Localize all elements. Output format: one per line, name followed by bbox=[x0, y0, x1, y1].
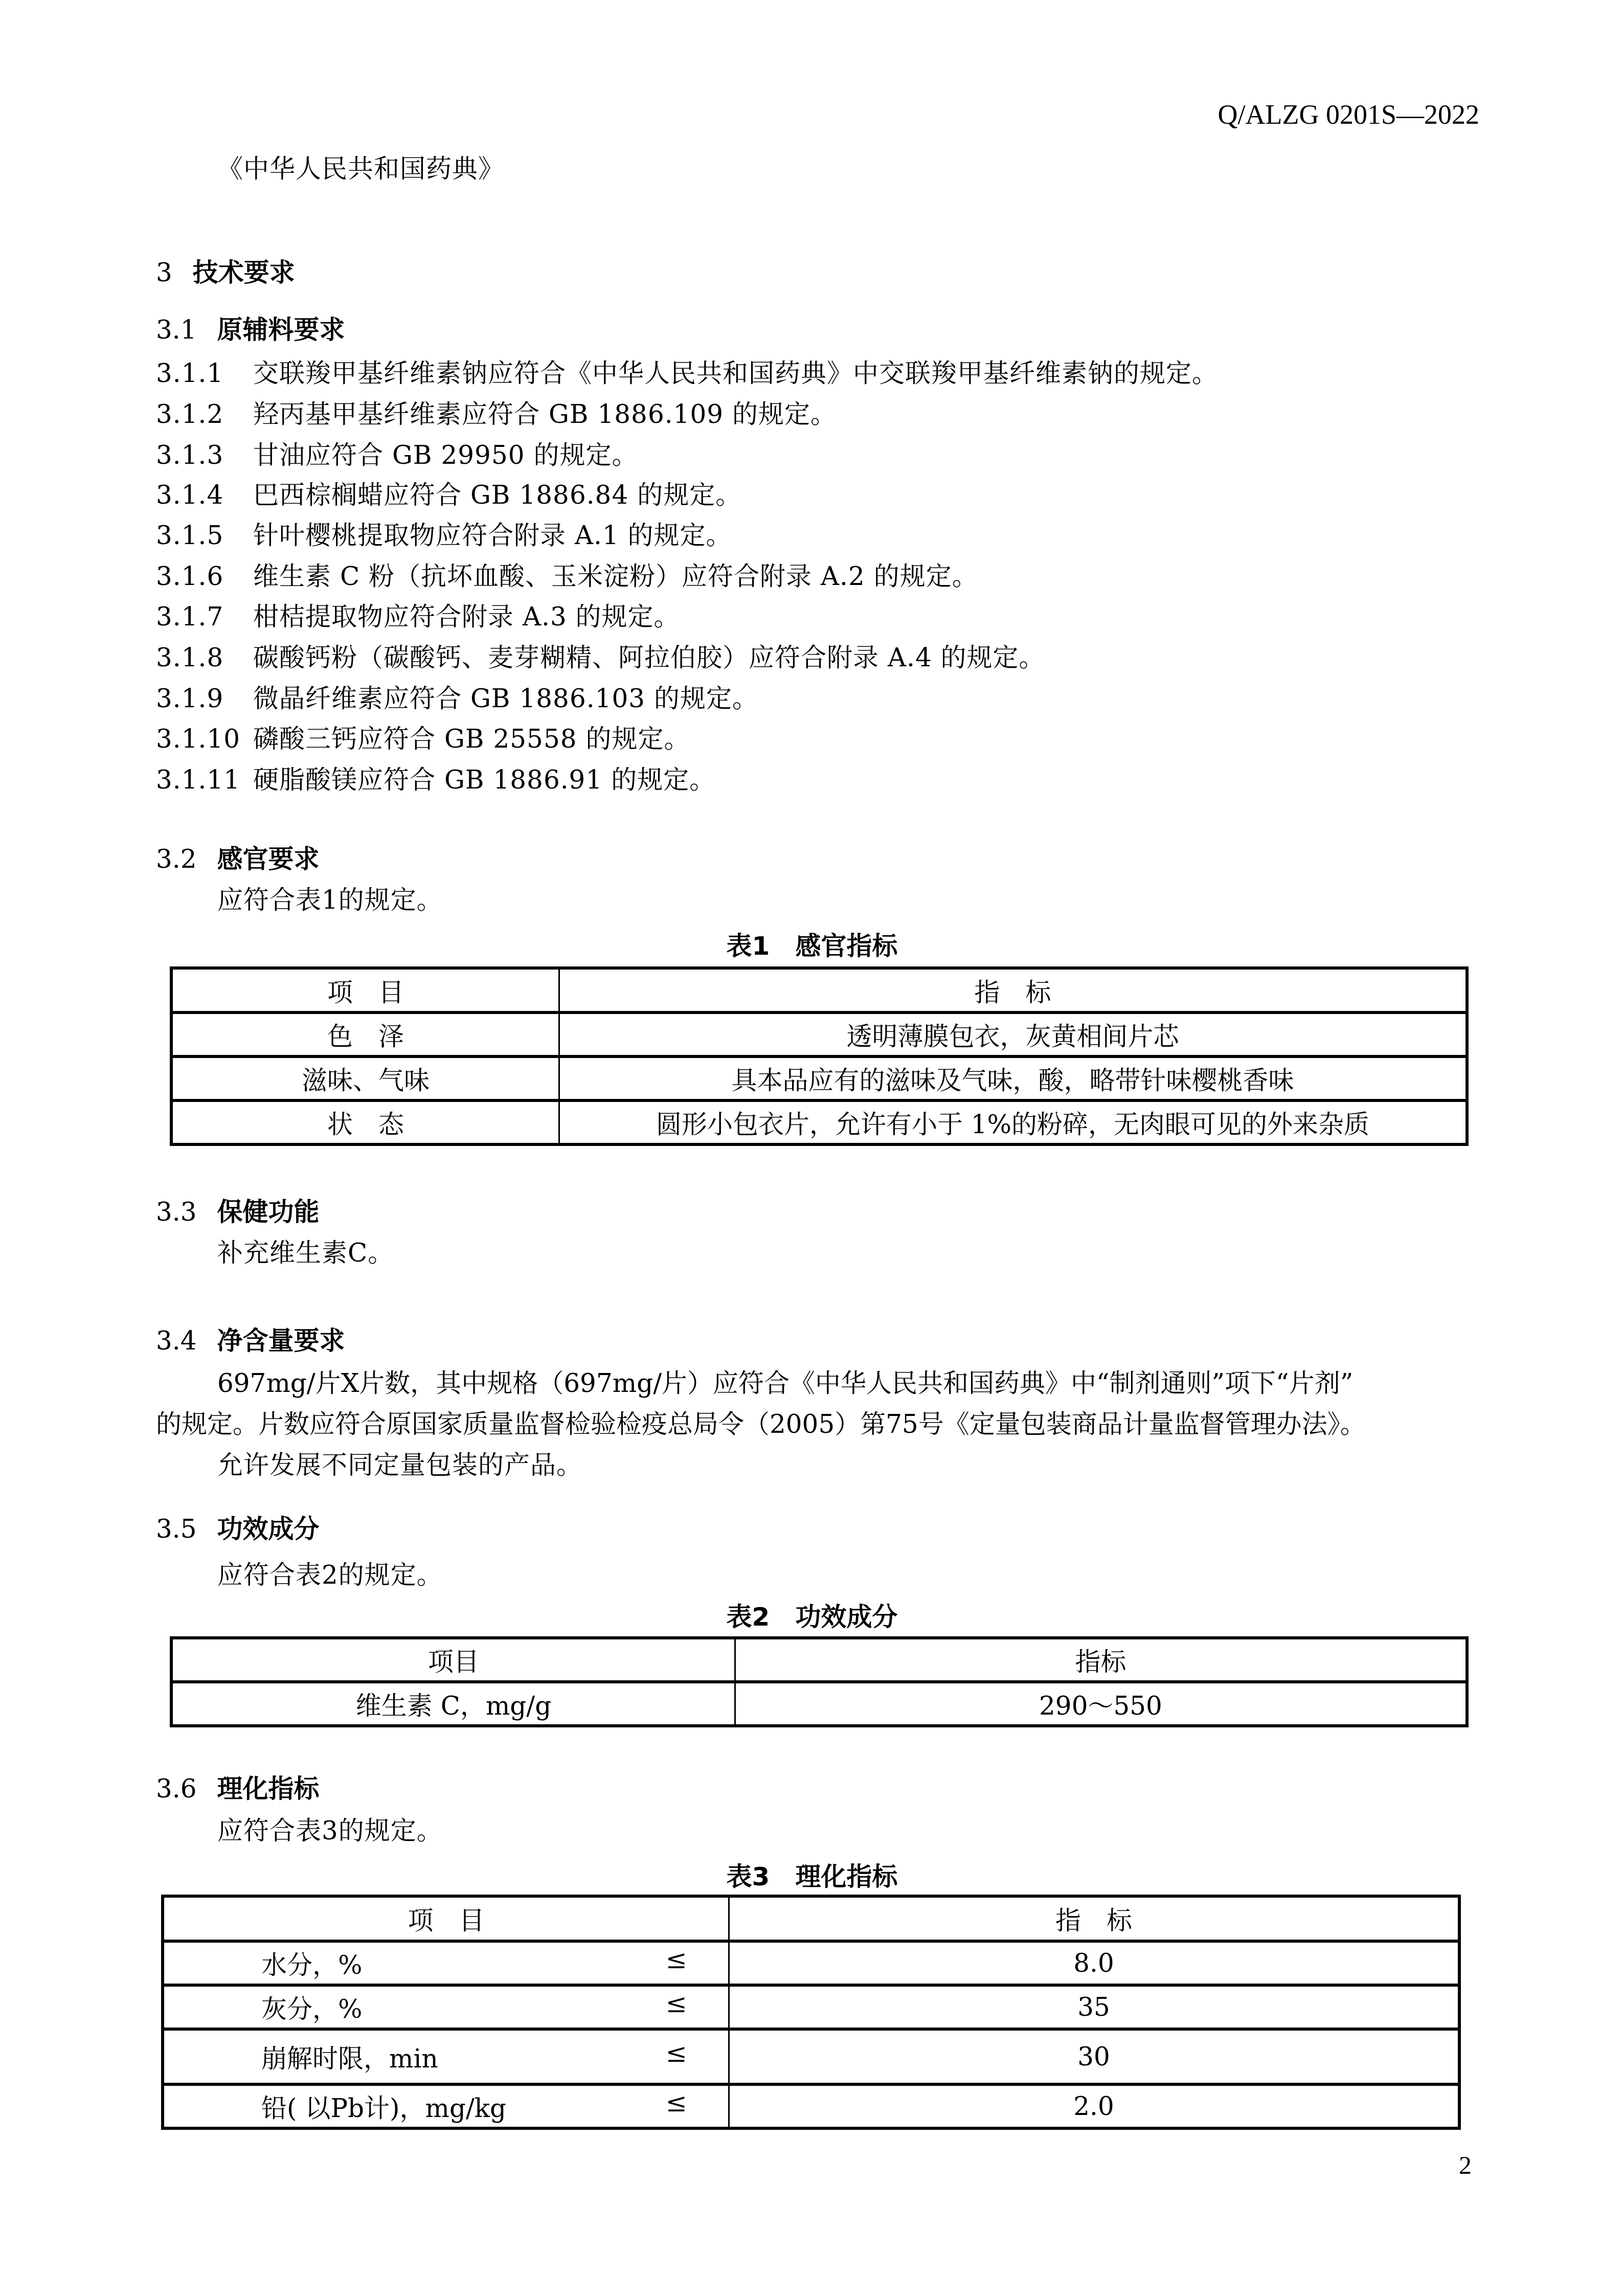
item-text: 甘油应符合 GB 29950 的规定。 bbox=[253, 440, 638, 470]
item-number: 3.1.9 bbox=[156, 684, 253, 713]
item-text: 磷酸三钙应符合 GB 25558 的规定。 bbox=[253, 724, 690, 754]
list-item: 3.1.5针叶樱桃提取物应符合附录 A.1 的规定。 bbox=[156, 515, 732, 552]
less-equal-symbol: ≤ bbox=[666, 1945, 687, 1982]
table-header-cell: 指标 bbox=[735, 1638, 1468, 1682]
table-cell: 水分，%≤ bbox=[163, 1941, 729, 1985]
paragraph-line: 697mg/片X片数，其中规格（697mg/片）应符合《中华人民共和国药典》中“… bbox=[217, 1363, 1353, 1400]
table-cell: 透明薄膜包衣，灰黄相间片芯 bbox=[559, 1012, 1468, 1056]
table-cell: 具本品应有的滋味及气味，酸，略带针味樱桃香味 bbox=[559, 1056, 1468, 1100]
item-number: 3.1.11 bbox=[156, 765, 253, 795]
list-item: 3.1.4巴西棕榈蜡应符合 GB 1886.84 的规定。 bbox=[156, 475, 741, 511]
item-number: 3.1.1 bbox=[156, 358, 253, 388]
item-label: 崩解时限，min bbox=[261, 2038, 438, 2075]
table-cell: 35 bbox=[729, 1985, 1460, 2029]
list-item: 3.1.10磷酸三钙应符合 GB 25558 的规定。 bbox=[156, 718, 690, 755]
item-text: 硬脂酸镁应符合 GB 1886.91 的规定。 bbox=[253, 765, 715, 795]
table-row: 维生素 C，mg/g 290～550 bbox=[171, 1682, 1467, 1726]
section-3-heading: 3技术要求 bbox=[156, 252, 295, 289]
table-header-cell: 项 目 bbox=[163, 1896, 729, 1941]
item-number: 3.1.5 bbox=[156, 521, 253, 550]
list-item: 3.1.2羟丙基甲基纤维素应符合 GB 1886.109 的规定。 bbox=[156, 394, 837, 431]
table-header-cell: 指 标 bbox=[729, 1896, 1460, 1941]
table-3-caption: 表3 理化指标 bbox=[0, 1856, 1624, 1893]
table-row: 状 态 圆形小包衣片，允许有小于 1%的粉碎，无肉眼可见的外来杂质 bbox=[171, 1100, 1467, 1144]
item-number: 3.1.8 bbox=[156, 643, 253, 672]
item-text: 交联羧甲基纤维素钠应符合《中华人民共和国药典》中交联羧甲基纤维素钠的规定。 bbox=[253, 358, 1218, 388]
list-item: 3.1.11硬脂酸镁应符合 GB 1886.91 的规定。 bbox=[156, 759, 715, 796]
list-item: 3.1.7柑桔提取物应符合附录 A.3 的规定。 bbox=[156, 596, 680, 633]
item-text: 碳酸钙粉（碳酸钙、麦芽糊精、阿拉伯胶）应符合附录 A.4 的规定。 bbox=[253, 643, 1045, 672]
section-number: 3.3 bbox=[156, 1197, 197, 1227]
paragraph-line: 的规定。片数应符合原国家质量监督检验检疫总局令（2005）第75号《定量包装商品… bbox=[156, 1404, 1366, 1440]
item-number: 3.1.10 bbox=[156, 724, 253, 754]
page-number: 2 bbox=[1459, 2150, 1472, 2180]
paragraph: 允许发展不同定量包装的产品。 bbox=[217, 1445, 582, 1481]
table-cell: 维生素 C，mg/g bbox=[171, 1682, 735, 1726]
reference-line: 《中华人民共和国药典》 bbox=[217, 148, 504, 185]
section-title: 保健功能 bbox=[217, 1197, 320, 1227]
section-3-5-heading: 3.5功效成分 bbox=[156, 1509, 320, 1545]
table-header-row: 项目 指标 bbox=[171, 1638, 1467, 1682]
section-body: 补充维生素C。 bbox=[217, 1232, 394, 1269]
table-cell: 2.0 bbox=[729, 2084, 1460, 2128]
table-cell: 灰分，%≤ bbox=[163, 1985, 729, 2029]
section-title: 功效成分 bbox=[217, 1514, 320, 1544]
list-item: 3.1.8碳酸钙粉（碳酸钙、麦芽糊精、阿拉伯胶）应符合附录 A.4 的规定。 bbox=[156, 637, 1045, 674]
item-label: 灰分，% bbox=[261, 1989, 363, 2025]
item-text: 柑桔提取物应符合附录 A.3 的规定。 bbox=[253, 602, 680, 632]
section-body: 应符合表3的规定。 bbox=[217, 1810, 443, 1847]
section-body: 应符合表1的规定。 bbox=[217, 880, 443, 916]
item-number: 3.1.3 bbox=[156, 440, 253, 470]
item-number: 3.1.7 bbox=[156, 602, 253, 632]
section-number: 3 bbox=[156, 258, 172, 287]
less-equal-symbol: ≤ bbox=[666, 2038, 687, 2075]
table-header-cell: 项 目 bbox=[171, 968, 559, 1012]
item-number: 3.1.6 bbox=[156, 561, 253, 591]
table-header-row: 项 目 指 标 bbox=[163, 1896, 1459, 1941]
table-1-caption: 表1 感官指标 bbox=[0, 926, 1624, 962]
table-row: 崩解时限，min≤ 30 bbox=[163, 2029, 1459, 2084]
section-number: 3.5 bbox=[156, 1514, 197, 1544]
list-item: 3.1.6维生素 C 粉（抗坏血酸、玉米淀粉）应符合附录 A.2 的规定。 bbox=[156, 556, 978, 593]
section-title: 理化指标 bbox=[217, 1774, 320, 1804]
section-3-2-heading: 3.2感官要求 bbox=[156, 839, 320, 875]
table-2-caption: 表2 功效成分 bbox=[0, 1596, 1624, 1633]
item-label: 水分，% bbox=[261, 1945, 363, 1982]
item-number: 3.1.4 bbox=[156, 480, 253, 510]
less-equal-symbol: ≤ bbox=[666, 2088, 687, 2125]
table-cell: 崩解时限，min≤ bbox=[163, 2029, 729, 2084]
item-label: 铅( 以Pb计)，mg/kg bbox=[261, 2088, 506, 2125]
section-number: 3.1 bbox=[156, 315, 197, 345]
section-number: 3.2 bbox=[156, 844, 197, 874]
item-number: 3.1.2 bbox=[156, 399, 253, 429]
item-text: 巴西棕榈蜡应符合 GB 1886.84 的规定。 bbox=[253, 480, 741, 510]
table-3-physicochemical: 项 目 指 标 水分，%≤ 8.0 灰分，%≤ 35 崩解时限，min≤ 30 … bbox=[161, 1895, 1461, 2130]
list-item: 3.1.3甘油应符合 GB 29950 的规定。 bbox=[156, 435, 638, 471]
table-header-cell: 指 标 bbox=[559, 968, 1468, 1012]
table-cell: 30 bbox=[729, 2029, 1460, 2084]
table-header-cell: 项目 bbox=[171, 1638, 735, 1682]
section-title: 技术要求 bbox=[193, 258, 295, 287]
section-title: 净含量要求 bbox=[217, 1326, 345, 1356]
table-row: 水分，%≤ 8.0 bbox=[163, 1941, 1459, 1985]
table-cell: 状 态 bbox=[171, 1100, 559, 1144]
section-number: 3.6 bbox=[156, 1774, 197, 1804]
table-1-sensory: 项 目 指 标 色 泽 透明薄膜包衣，灰黄相间片芯 滋味、气味 具本品应有的滋味… bbox=[170, 966, 1469, 1146]
table-row: 色 泽 透明薄膜包衣，灰黄相间片芯 bbox=[171, 1012, 1467, 1056]
list-item: 3.1.9微晶纤维素应符合 GB 1886.103 的规定。 bbox=[156, 678, 758, 715]
section-3-4-heading: 3.4净含量要求 bbox=[156, 1320, 345, 1357]
table-cell: 色 泽 bbox=[171, 1012, 559, 1056]
item-text: 针叶樱桃提取物应符合附录 A.1 的规定。 bbox=[253, 521, 732, 550]
item-text: 微晶纤维素应符合 GB 1886.103 的规定。 bbox=[253, 684, 758, 713]
list-item: 3.1.1交联羧甲基纤维素钠应符合《中华人民共和国药典》中交联羧甲基纤维素钠的规… bbox=[156, 353, 1218, 390]
item-text: 维生素 C 粉（抗坏血酸、玉米淀粉）应符合附录 A.2 的规定。 bbox=[253, 561, 978, 591]
table-row: 灰分，%≤ 35 bbox=[163, 1985, 1459, 2029]
table-cell: 290～550 bbox=[735, 1682, 1468, 1726]
table-header-row: 项 目 指 标 bbox=[171, 968, 1467, 1012]
table-cell: 铅( 以Pb计)，mg/kg≤ bbox=[163, 2084, 729, 2128]
table-cell: 滋味、气味 bbox=[171, 1056, 559, 1100]
section-title: 感官要求 bbox=[217, 844, 320, 874]
section-body: 应符合表2的规定。 bbox=[217, 1555, 443, 1591]
table-cell: 8.0 bbox=[729, 1941, 1460, 1985]
section-3-6-heading: 3.6理化指标 bbox=[156, 1768, 320, 1805]
table-cell: 圆形小包衣片，允许有小于 1%的粉碎，无肉眼可见的外来杂质 bbox=[559, 1100, 1468, 1144]
section-3-3-heading: 3.3保健功能 bbox=[156, 1191, 320, 1228]
table-2-active-ingredients: 项目 指标 维生素 C，mg/g 290～550 bbox=[170, 1636, 1469, 1727]
item-text: 羟丙基甲基纤维素应符合 GB 1886.109 的规定。 bbox=[253, 399, 837, 429]
section-number: 3.4 bbox=[156, 1326, 197, 1356]
document-code: Q/ALZG 0201S—2022 bbox=[1218, 99, 1480, 130]
section-title: 原辅料要求 bbox=[217, 315, 345, 345]
less-equal-symbol: ≤ bbox=[666, 1989, 687, 2025]
table-row: 滋味、气味 具本品应有的滋味及气味，酸，略带针味樱桃香味 bbox=[171, 1056, 1467, 1100]
section-3-1-heading: 3.1原辅料要求 bbox=[156, 309, 345, 346]
table-row: 铅( 以Pb计)，mg/kg≤ 2.0 bbox=[163, 2084, 1459, 2128]
